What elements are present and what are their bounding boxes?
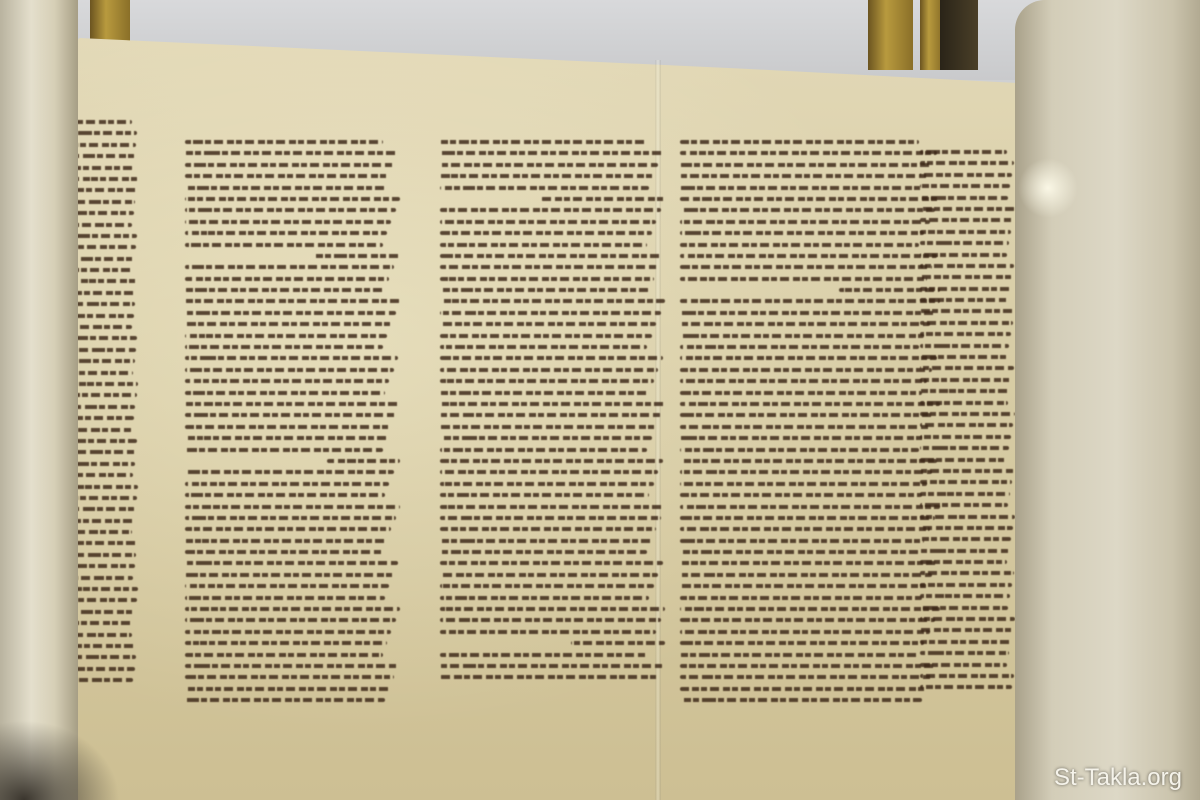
- text-line: [185, 288, 385, 292]
- text-line: [680, 687, 927, 691]
- text-line: [440, 243, 647, 247]
- roller-shadow: [0, 720, 120, 800]
- text-line: [440, 675, 658, 679]
- text-line: [680, 356, 937, 360]
- text-line: [920, 469, 1014, 473]
- text-line: [920, 150, 1007, 154]
- text-line: [920, 344, 1009, 348]
- text-line: [185, 448, 383, 452]
- text-line: [680, 322, 930, 326]
- text-line: [440, 459, 663, 463]
- text-line: [680, 379, 927, 383]
- text-line: [440, 379, 654, 383]
- text-line: [68, 245, 136, 249]
- text-line: [327, 459, 400, 463]
- text-line: [185, 299, 400, 303]
- text-line: [68, 644, 137, 648]
- text-line: [680, 561, 937, 565]
- text-line: [440, 299, 665, 303]
- text-line: [680, 220, 930, 224]
- gold-post-right: [868, 0, 913, 70]
- gold-post-right-2: [920, 0, 942, 70]
- text-line: [680, 527, 930, 531]
- text-line: [185, 151, 398, 155]
- text-line: [440, 163, 658, 167]
- text-line: [185, 596, 385, 600]
- text-line: [185, 561, 398, 565]
- torah-scroll-photo: St-Takla.org: [0, 0, 1200, 800]
- text-line: [185, 516, 396, 520]
- text-line: [185, 527, 391, 531]
- text-line: [920, 617, 1015, 621]
- text-line: [440, 345, 647, 349]
- text-line: [440, 265, 658, 269]
- text-line: [185, 664, 398, 668]
- text-line: [68, 131, 137, 135]
- text-line: [68, 177, 138, 181]
- text-line: [440, 584, 654, 588]
- text-line: [920, 423, 1013, 427]
- text-line: [68, 279, 138, 283]
- text-line: [680, 163, 932, 167]
- text-line: [185, 413, 396, 417]
- dark-post: [940, 0, 978, 70]
- text-line: [680, 436, 924, 440]
- text-column-2: [440, 140, 665, 687]
- text-line: [440, 356, 663, 360]
- text-line: [920, 628, 1013, 632]
- text-line: [440, 425, 656, 429]
- text-line: [920, 161, 1014, 165]
- text-line: [440, 596, 649, 600]
- text-line: [185, 505, 400, 509]
- text-line: [920, 389, 1010, 393]
- text-line: [68, 450, 136, 454]
- text-line: [185, 607, 400, 611]
- text-line: [440, 277, 654, 281]
- text-line: [440, 618, 661, 622]
- text-line: [920, 685, 1012, 689]
- text-line: [440, 231, 652, 235]
- text-line: [185, 653, 383, 657]
- text-line: [920, 264, 1014, 268]
- text-column-1: [185, 140, 400, 710]
- text-line: [680, 653, 919, 657]
- text-line: [68, 302, 135, 306]
- text-line: [440, 208, 661, 212]
- text-column-3: [680, 140, 940, 710]
- text-line: [440, 334, 652, 338]
- text-line: [68, 200, 135, 204]
- text-line: [920, 663, 1007, 667]
- text-line: [68, 541, 137, 545]
- text-line: [920, 549, 1009, 553]
- text-line: [440, 653, 647, 657]
- text-line: [440, 516, 661, 520]
- text-line: [68, 348, 136, 352]
- text-line: [680, 630, 930, 634]
- text-line: [68, 496, 137, 500]
- text-line: [185, 345, 383, 349]
- text-line: [680, 345, 919, 349]
- text-line: [680, 277, 927, 281]
- text-line: [680, 140, 919, 144]
- text-line: [920, 184, 1010, 188]
- text-line: [680, 425, 930, 429]
- text-line: [920, 640, 1011, 644]
- text-line: [440, 391, 649, 395]
- text-line: [680, 299, 940, 303]
- text-line: [680, 368, 932, 372]
- text-line: [185, 140, 383, 144]
- text-line: [185, 470, 394, 474]
- text-line: [440, 311, 661, 315]
- text-line: [920, 321, 1013, 325]
- text-line: [680, 334, 924, 338]
- text-line: [185, 493, 385, 497]
- text-line: [680, 391, 922, 395]
- text-line: [680, 151, 937, 155]
- text-line: [920, 503, 1008, 507]
- text-line: [680, 550, 919, 554]
- text-line: [920, 196, 1008, 200]
- text-line: [920, 355, 1007, 359]
- text-line: [541, 197, 665, 201]
- text-line: [68, 485, 138, 489]
- text-line: [68, 598, 137, 602]
- text-line: [68, 610, 135, 614]
- text-line: [440, 413, 661, 417]
- text-line: [920, 526, 1013, 530]
- text-line: [185, 334, 387, 338]
- text-line: [185, 687, 389, 691]
- text-line: [68, 587, 138, 591]
- text-line: [920, 275, 1012, 279]
- text-line: [440, 151, 663, 155]
- text-line: [680, 231, 924, 235]
- text-line: [440, 140, 647, 144]
- text-line: [680, 311, 935, 315]
- text-line: [68, 655, 136, 659]
- text-line: [920, 560, 1007, 564]
- text-line: [920, 230, 1011, 234]
- text-line: [680, 493, 922, 497]
- right-scroll-roller: [1015, 0, 1200, 800]
- text-line: [440, 561, 663, 565]
- text-line: [920, 537, 1011, 541]
- text-line: [920, 241, 1009, 245]
- text-line: [440, 573, 658, 577]
- text-line: [920, 674, 1014, 678]
- text-line: [680, 243, 919, 247]
- text-line: [185, 186, 385, 190]
- text-line: [185, 573, 394, 577]
- text-line: [185, 220, 391, 224]
- text-line: [680, 505, 940, 509]
- text-far-right-partial: [920, 150, 1015, 697]
- text-line: [185, 379, 389, 383]
- text-line: [440, 607, 665, 611]
- text-line: [680, 664, 937, 668]
- text-line: [680, 573, 932, 577]
- text-line: [680, 698, 922, 702]
- text-line: [68, 382, 138, 386]
- light-glare: [1018, 158, 1078, 218]
- text-line: [920, 218, 1013, 222]
- text-line: [680, 675, 932, 679]
- text-line: [440, 505, 665, 509]
- text-line: [440, 220, 656, 224]
- text-line: [314, 254, 400, 258]
- text-line: [185, 208, 396, 212]
- text-line: [185, 436, 387, 440]
- text-line: [440, 288, 649, 292]
- text-line: [920, 309, 1015, 313]
- text-line: [440, 254, 663, 258]
- text-line: [185, 618, 396, 622]
- text-line: [920, 207, 1015, 211]
- text-line: [68, 291, 137, 295]
- text-line: [680, 254, 937, 258]
- text-line: [920, 606, 1008, 610]
- text-line: [440, 493, 649, 497]
- text-line: [185, 368, 394, 372]
- text-line: [680, 197, 940, 201]
- text-line: [185, 402, 400, 406]
- text-line: [680, 618, 935, 622]
- text-line: [440, 630, 656, 634]
- text-line: [440, 470, 658, 474]
- text-line: [185, 630, 391, 634]
- text-line: [68, 336, 137, 340]
- text-line: [920, 298, 1008, 302]
- text-line: [68, 393, 137, 397]
- text-line: [185, 163, 394, 167]
- text-line: [680, 539, 924, 543]
- text-line: [920, 583, 1012, 587]
- text-line: [440, 448, 647, 452]
- text-line: [185, 391, 385, 395]
- text-line: [920, 480, 1012, 484]
- text-line: [68, 188, 137, 192]
- text-line: [185, 277, 389, 281]
- text-line: [68, 143, 136, 147]
- text-line: [440, 527, 656, 531]
- text-line: [920, 366, 1014, 370]
- text-line: [440, 664, 663, 668]
- text-line: [185, 550, 383, 554]
- text-line: [920, 492, 1010, 496]
- text-line: [185, 641, 387, 645]
- text-line: [440, 322, 656, 326]
- text-line: [440, 186, 649, 190]
- text-line: [185, 425, 391, 429]
- text-line: [571, 641, 666, 645]
- text-line: [920, 446, 1009, 450]
- text-line: [920, 594, 1010, 598]
- text-line: [920, 287, 1010, 291]
- text-line: [440, 368, 658, 372]
- text-line: [680, 641, 924, 645]
- text-line: [920, 435, 1011, 439]
- text-line: [440, 550, 647, 554]
- text-line: [185, 675, 394, 679]
- text-line: [185, 539, 387, 543]
- text-line: [185, 356, 398, 360]
- text-line: [920, 378, 1012, 382]
- text-line: [680, 208, 935, 212]
- left-scroll-roller: [0, 0, 78, 800]
- text-line: [680, 516, 935, 520]
- text-line: [185, 311, 396, 315]
- text-line: [68, 507, 135, 511]
- text-line: [185, 197, 400, 201]
- text-line: [185, 482, 389, 486]
- text-line: [185, 322, 391, 326]
- text-line: [68, 553, 136, 557]
- text-line: [440, 174, 654, 178]
- text-line: [185, 243, 383, 247]
- text-line: [185, 265, 394, 269]
- text-line: [680, 459, 937, 463]
- text-line: [68, 439, 137, 443]
- text-line: [440, 436, 652, 440]
- text-line: [185, 698, 385, 702]
- text-line: [680, 186, 922, 190]
- text-line: [185, 231, 387, 235]
- text-line: [680, 607, 940, 611]
- text-line: [680, 470, 932, 474]
- text-line: [680, 265, 932, 269]
- text-line: [920, 332, 1011, 336]
- text-line: [920, 253, 1007, 257]
- text-line: [440, 482, 654, 486]
- text-line: [68, 405, 135, 409]
- text-line: [680, 448, 919, 452]
- text-line: [680, 596, 922, 600]
- text-line: [185, 584, 389, 588]
- text-line: [680, 584, 927, 588]
- text-line: [440, 539, 652, 543]
- text-line: [920, 401, 1008, 405]
- text-line: [680, 174, 927, 178]
- watermark: St-Takla.org: [1054, 764, 1182, 792]
- text-line: [680, 402, 940, 406]
- text-line: [920, 571, 1014, 575]
- text-line: [680, 482, 927, 486]
- text-line: [680, 413, 935, 417]
- text-line: [440, 402, 665, 406]
- text-line: [920, 515, 1015, 519]
- text-line: [68, 234, 137, 238]
- text-line: [920, 173, 1012, 177]
- text-line: [920, 412, 1015, 416]
- text-line: [185, 174, 389, 178]
- text-line: [920, 651, 1009, 655]
- text-far-left-partial: [68, 120, 138, 690]
- text-line: [920, 458, 1007, 462]
